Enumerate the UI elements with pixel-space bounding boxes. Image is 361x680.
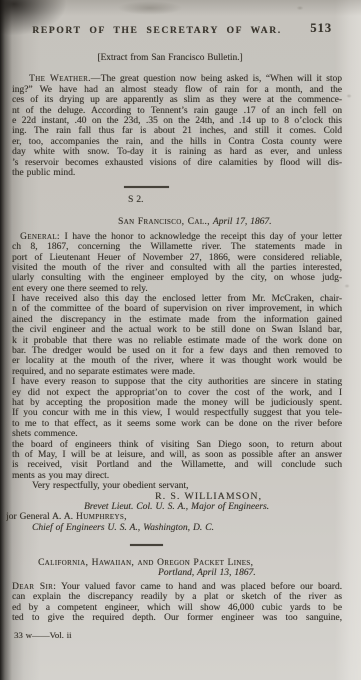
text-line: e 22d instant, .40 on the 23d, .35 on th… <box>12 116 342 126</box>
text-line: can explain the discrepancy readily by a… <box>12 592 342 603</box>
section-divider <box>124 186 169 188</box>
signature-name: R. S. WILLIAMSON, <box>12 492 342 502</box>
text-line: k it probable that there was no reliable… <box>12 336 342 346</box>
page-content: REPORT OF THE SECRETARY OF WAR. 513 [Ext… <box>12 0 342 640</box>
text-line: is received, visit Portland and the Will… <box>12 460 342 470</box>
text-line: required, and no separate estimates were… <box>12 367 342 377</box>
dateline-date: April 17, 1867. <box>213 217 272 227</box>
text-line: hat by accepting the proposition made th… <box>12 398 342 408</box>
text-line: ments as you may direct. <box>12 471 342 481</box>
text-line: th of May, I will be at leisure, and wil… <box>12 450 342 460</box>
letter-portland-body: Dear Sir: Your valued favor came to hand… <box>12 582 342 624</box>
running-title: REPORT OF THE SECRETARY OF WAR. <box>32 26 282 36</box>
text-line: I have received also this day the enclos… <box>12 294 342 304</box>
section-divider-2 <box>130 544 163 546</box>
page-header: REPORT OF THE SECRETARY OF WAR. 513 <box>12 26 342 39</box>
text-line: to me to that effect, as it seems some w… <box>12 419 342 429</box>
text-line: ey did not expect the appropriat’on to c… <box>12 388 342 398</box>
text-line: ent every one there seemed to rely. <box>12 284 342 294</box>
text-line: nt of the deluge. According to Tennent’s… <box>12 106 342 116</box>
text-line: If you concur with me in this view, I wo… <box>12 408 342 418</box>
text-line: visited the mouth of the river and consu… <box>12 263 342 273</box>
page-number: 513 <box>310 23 332 33</box>
text-line: shets commence. <box>12 429 342 439</box>
text-line: I have every reason to suppose that the … <box>12 377 342 387</box>
small-caps-leadin: Dear Sir: <box>12 582 56 592</box>
text-line: day white with snow. To-day it is rainin… <box>12 147 342 157</box>
text-line: n of the committee of the board of super… <box>12 304 342 314</box>
text-line: ted to give the required depth. Our form… <box>12 613 342 624</box>
addressee-line: jor General A. A. Humphreys, <box>6 512 342 522</box>
dateline-portland: Portland, April 13, 1867. <box>12 568 342 578</box>
addressee-rank: jor General A. A. <box>6 512 76 522</box>
text-line: ch 8, 1867, concerning the Willamette ri… <box>12 242 342 252</box>
scanned-page: REPORT OF THE SECRETARY OF WAR. 513 [Ext… <box>0 0 361 680</box>
text-line: ained the discrepancy in the estimate ma… <box>12 315 342 325</box>
addressee-title: Chief of Engineers U. S. A., Washington,… <box>12 523 342 533</box>
small-caps-leadin: General: <box>20 232 60 242</box>
addressee-name: Humphreys, <box>76 512 127 522</box>
volume-footer: 33 w——Vol. ii <box>12 630 342 640</box>
text-line: the board of engineers think of visiting… <box>12 440 342 450</box>
text-line: port of Lieutenant Heuer of November 27,… <box>12 253 342 263</box>
text-line: Dear Sir: Your valued favor came to hand… <box>12 582 342 593</box>
text-line: er, too, accompanies the rain, and the h… <box>12 137 342 147</box>
text-line: ces of its drying up are apparently as s… <box>12 95 342 105</box>
small-caps-leadin: The Weather.— <box>29 74 101 84</box>
text-line: General: I have the honor to acknowledge… <box>12 232 342 242</box>
dateline-san-francisco: San Francisco, Cal., April 17, 1867. <box>12 217 342 227</box>
letter-san-francisco-body: General: I have the honor to acknowledge… <box>12 232 342 481</box>
text-line: ’s reservoir becomes exhausted visions o… <box>12 158 342 168</box>
extract-heading: [Extract from San Francisco Bulletin.] <box>12 53 342 63</box>
text-line: ularly consulting with the engineer empl… <box>12 273 342 283</box>
text-line: ing. The rain fall thus far is about 21 … <box>12 126 342 136</box>
text-line: er locality at the mouth of the river, w… <box>12 356 342 366</box>
signature-title: Brevet Lieut. Col. U. S. A., Major of En… <box>12 502 342 512</box>
section-label: S 2. <box>12 195 342 205</box>
text-line: ing?” We have had an almost steady flow … <box>12 85 342 95</box>
text-line: the civil engineer and the actual work t… <box>12 325 342 335</box>
weather-paragraph: The Weather.—The great question now bein… <box>12 74 342 178</box>
dateline-place: San Francisco, Cal., <box>118 217 210 227</box>
text-line: ed by a competent engineer, which will s… <box>12 603 342 614</box>
text-line: bar. The dredger would be used on it for… <box>12 346 342 356</box>
letter-closing: Very respectfully, your obedient servant… <box>12 481 342 491</box>
text-line: The Weather.—The great question now bein… <box>12 74 342 84</box>
text-line: the public mind. <box>12 168 342 178</box>
packet-lines-heading: California, Hawaiian, and Oregon Packet … <box>12 558 342 568</box>
